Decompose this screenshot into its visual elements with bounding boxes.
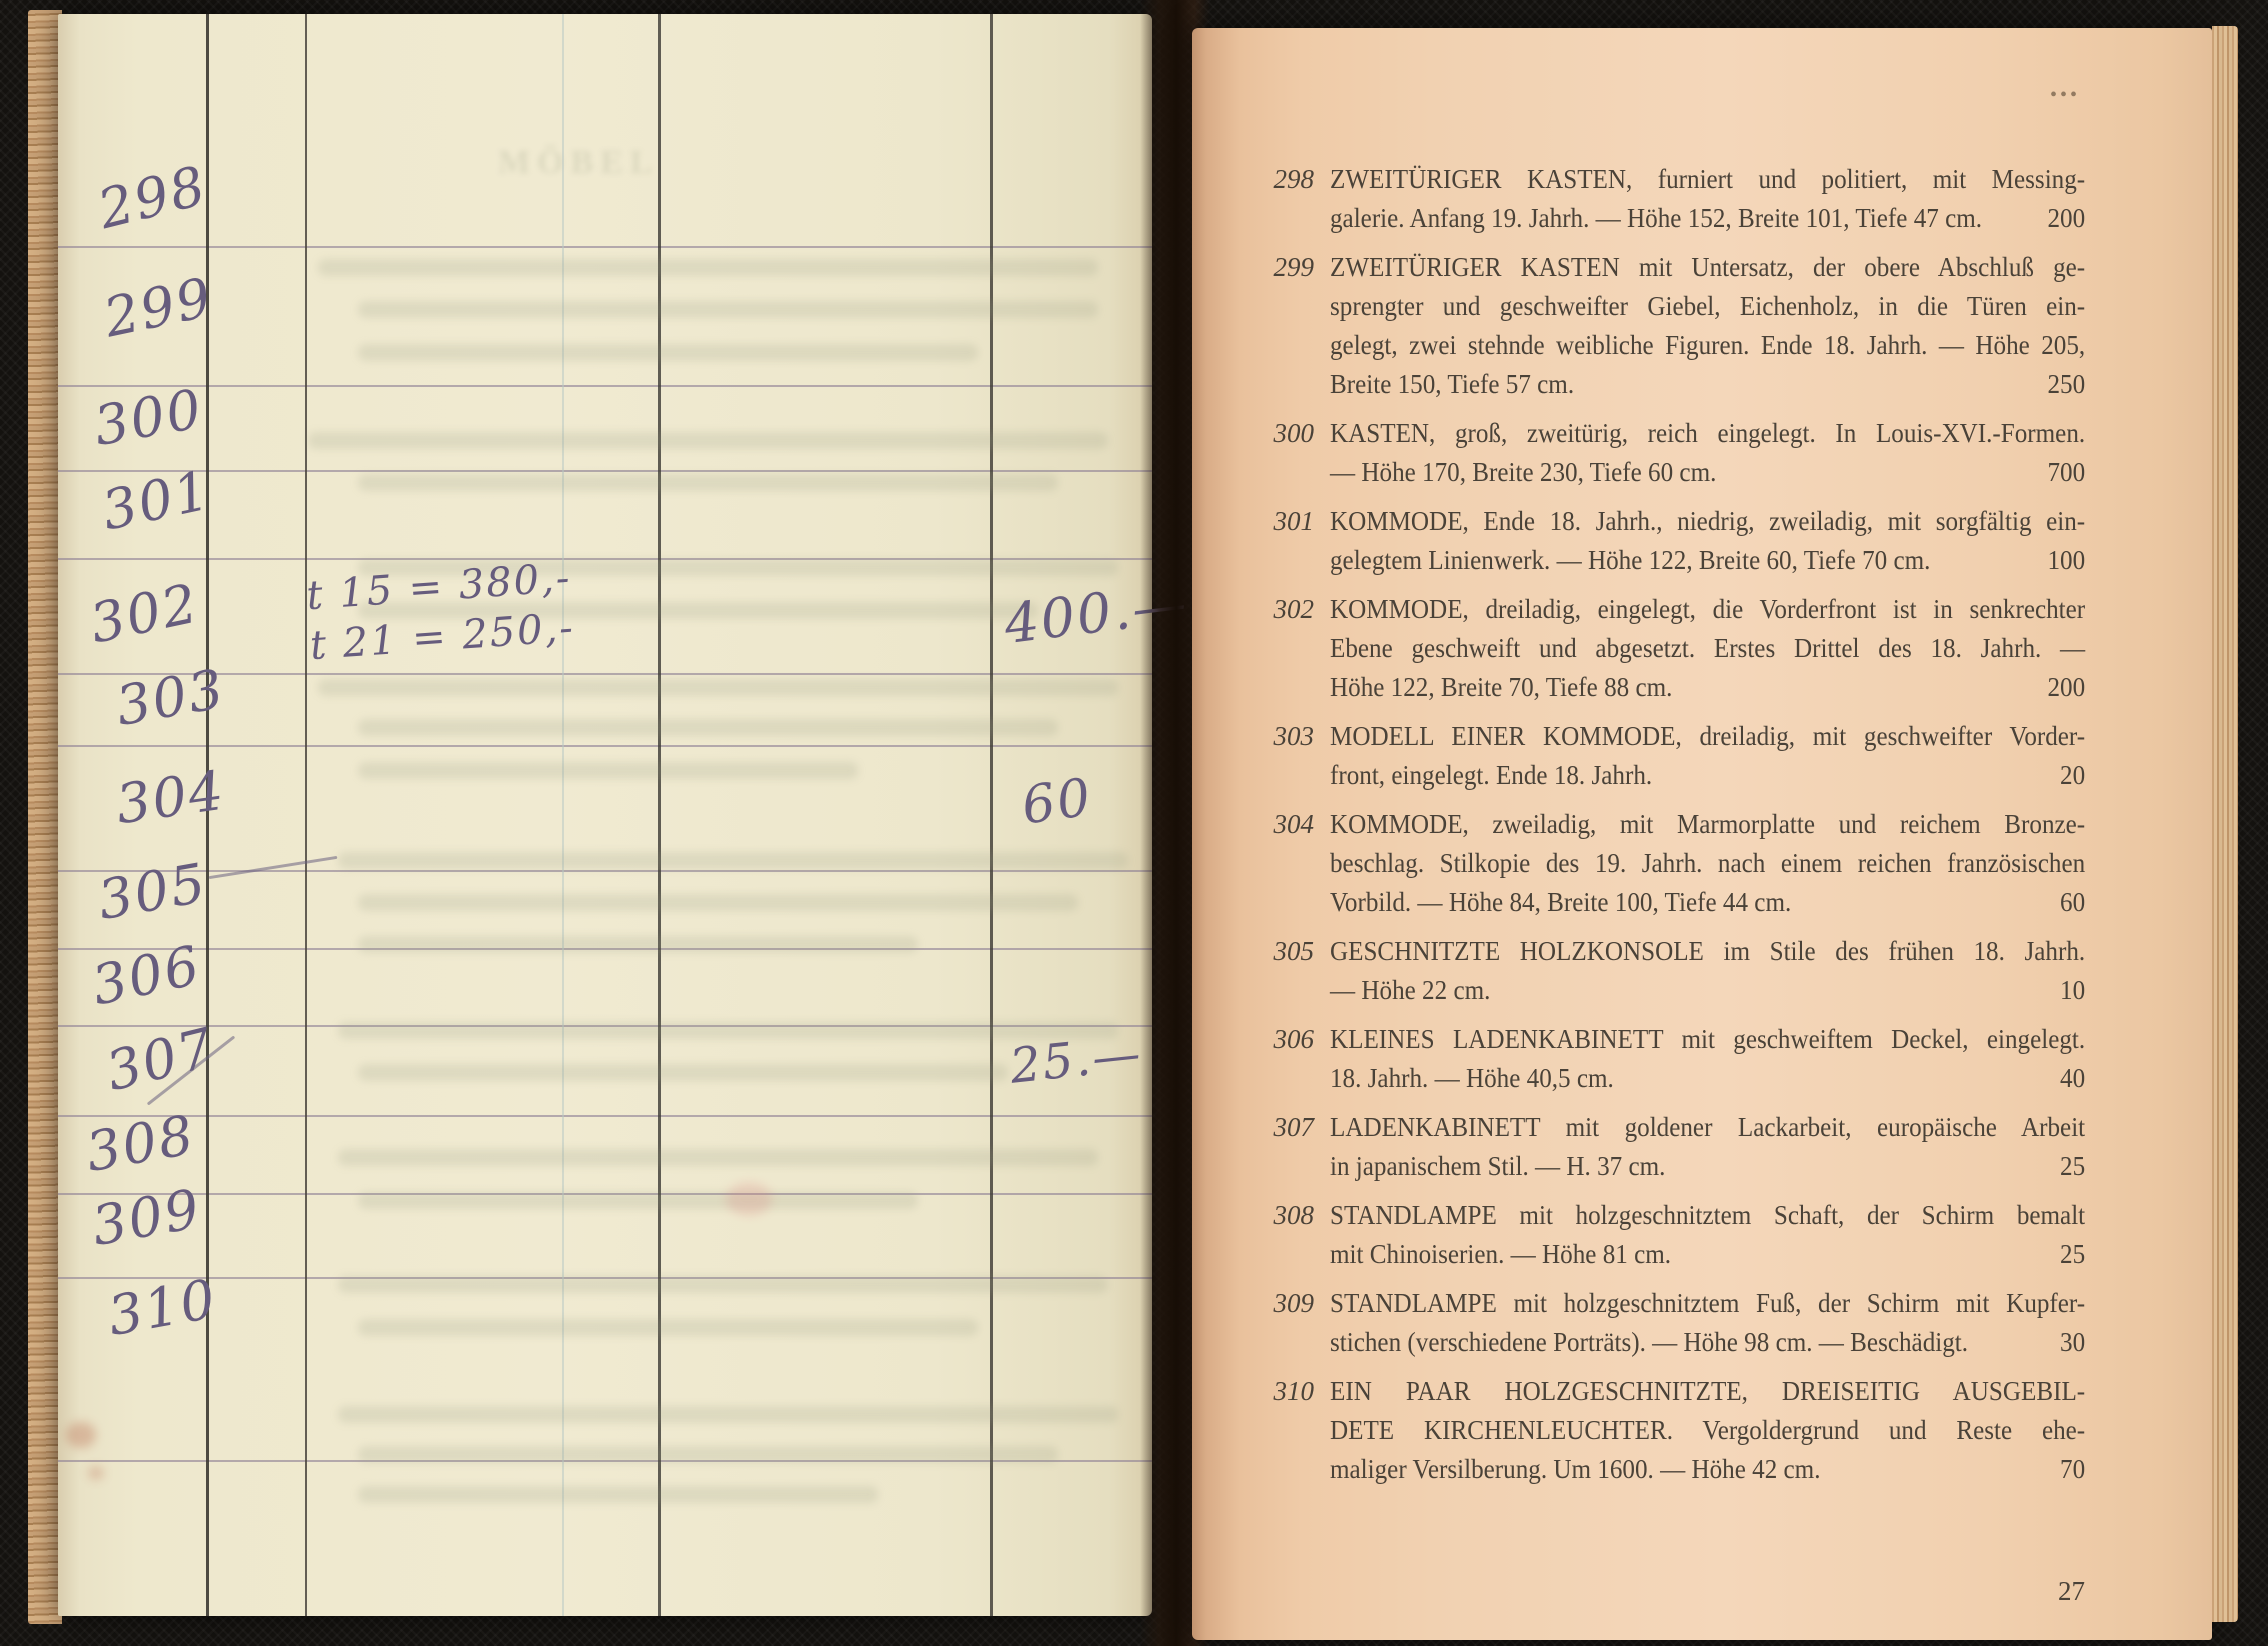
- entry-last-line: in japanischem Stil. — H. 37 cm.25: [1330, 1147, 2085, 1186]
- entry-line: Ebene geschweift und abgesetzt. Erstes D…: [1330, 629, 2085, 668]
- bleedthrough-line: [358, 474, 1058, 491]
- entry-lot-number: 310: [1268, 1372, 1314, 1411]
- bleedthrough-line: [358, 344, 978, 361]
- entry-last-line: maliger Versilberung. Um 1600. — Höhe 42…: [1330, 1450, 2085, 1489]
- bleedthrough-line: [358, 894, 1078, 911]
- catalog-entry: 301KOMMODE, Ende 18. Jahrh., niedrig, zw…: [1268, 502, 2142, 580]
- ledger-vline: [305, 14, 307, 1616]
- entry-price: 70: [2060, 1450, 2085, 1489]
- entry-line-text: mit Chinoiserien. — Höhe 81 cm.: [1330, 1235, 1671, 1274]
- entry-price: 250: [2047, 365, 2085, 404]
- ledger-hline: [58, 246, 1152, 248]
- page-number: 27: [1268, 1576, 2085, 1607]
- entry-lot-number: 307: [1268, 1108, 1314, 1147]
- ink-specks: •••: [2050, 84, 2080, 107]
- catalog-entry: 307LADENKABINETT mit goldener Lackarbeit…: [1268, 1108, 2142, 1186]
- catalog-entry: 306KLEINES LADENKABINETT mit geschweifte…: [1268, 1020, 2142, 1098]
- entry-last-line: — Höhe 22 cm.10: [1330, 971, 2085, 1010]
- bleedthrough-line: [358, 301, 1098, 318]
- entry-line: ZWEITÜRIGER KASTEN, furniert und politie…: [1330, 160, 2085, 199]
- bleedthrough-line: [338, 1149, 1098, 1166]
- lot-number-handwritten: 303: [111, 657, 229, 738]
- entry-last-line: Breite 150, Tiefe 57 cm.250: [1330, 365, 2085, 404]
- entry-last-line: 18. Jahrh. — Höhe 40,5 cm.40: [1330, 1059, 2085, 1098]
- entry-price: 700: [2047, 453, 2085, 492]
- entry-price: 200: [2047, 668, 2085, 707]
- pen-stroke: [209, 856, 338, 879]
- entry-line-text: Breite 150, Tiefe 57 cm.: [1330, 365, 1574, 404]
- entry-last-line: front, eingelegt. Ende 18. Jahrh.20: [1330, 756, 2085, 795]
- bleedthrough-line: [358, 936, 918, 953]
- lot-number-handwritten: 306: [87, 933, 207, 1017]
- bleedthrough-line: [338, 1022, 1118, 1039]
- entry-price: 30: [2060, 1323, 2085, 1362]
- entry-line-text: galerie. Anfang 19. Jahrh. — Höhe 152, B…: [1330, 199, 1982, 238]
- catalog-entry: 304KOMMODE, zweiladig, mit Marmorplatte …: [1268, 805, 2142, 922]
- entry-last-line: — Höhe 170, Breite 230, Tiefe 60 cm.700: [1330, 453, 2085, 492]
- catalog-entry: 310EIN PAAR HOLZGESCHNITZTE, DREISEITIG …: [1268, 1372, 2142, 1489]
- catalog-entry: 300KASTEN, groß, zweitürig, reich eingel…: [1268, 414, 2142, 492]
- ledger-vline: [990, 14, 993, 1616]
- lot-number-handwritten: 304: [112, 759, 229, 837]
- book-fore-edge-right: [2212, 26, 2238, 1622]
- note-lot-302: t 15 = 380,-t 21 = 250,-: [305, 553, 577, 671]
- entry-price: 25: [2060, 1147, 2085, 1186]
- entry-line-text: 18. Jahrh. — Höhe 40,5 cm.: [1330, 1059, 1614, 1098]
- bleedthrough-line: [358, 762, 858, 779]
- stain-spot: [66, 1422, 96, 1448]
- entry-lot-number: 302: [1268, 590, 1314, 629]
- entry-line: STANDLAMPE mit holzgeschnitztem Fuß, der…: [1330, 1284, 2085, 1323]
- entry-price: 20: [2060, 756, 2085, 795]
- entry-line: EIN PAAR HOLZGESCHNITZTE, DREISEITIG AUS…: [1330, 1372, 2085, 1411]
- catalog-entry: 302KOMMODE, dreiladig, eingelegt, die Vo…: [1268, 590, 2142, 707]
- right-page: ••• 298ZWEITÜRIGER KASTEN, furniert und …: [1192, 28, 2212, 1640]
- ledger-hline: [58, 470, 1152, 472]
- lot-number-handwritten: 298: [92, 154, 213, 242]
- bleedthrough-line: [358, 1446, 1058, 1463]
- lot-number-handwritten: 305: [93, 851, 211, 932]
- catalog-entry-list: 298ZWEITÜRIGER KASTEN, furniert und poli…: [1268, 160, 2142, 1499]
- entry-price: 200: [2047, 199, 2085, 238]
- entry-last-line: mit Chinoiserien. — Höhe 81 cm.25: [1330, 1235, 2085, 1274]
- entry-line: STANDLAMPE mit holzgeschnitztem Schaft, …: [1330, 1196, 2085, 1235]
- entry-last-line: stichen (verschiedene Porträts). — Höhe …: [1330, 1323, 2085, 1362]
- entry-line: KOMMODE, Ende 18. Jahrh., niedrig, zweil…: [1330, 502, 2085, 541]
- price-lot-304: 60: [1018, 767, 1096, 836]
- ledger-vline: [562, 14, 564, 1616]
- entry-lot-number: 305: [1268, 932, 1314, 971]
- entry-line: KASTEN, groß, zweitürig, reich eingelegt…: [1330, 414, 2085, 453]
- bleedthrough-line: [358, 1192, 918, 1209]
- entry-lot-number: 304: [1268, 805, 1314, 844]
- entry-line: gelegt, zwei stehnde weibliche Figuren. …: [1330, 326, 2085, 365]
- entry-line-text: — Höhe 170, Breite 230, Tiefe 60 cm.: [1330, 453, 1716, 492]
- ledger-vline: [658, 14, 661, 1616]
- ledger-hline: [58, 673, 1152, 675]
- entry-lot-number: 306: [1268, 1020, 1314, 1059]
- book-scan: MÖBEL 2982993003013023033043053063073083…: [0, 0, 2268, 1646]
- entry-lot-number: 309: [1268, 1284, 1314, 1323]
- entry-lot-number: 308: [1268, 1196, 1314, 1235]
- entry-line: LADENKABINETT mit goldener Lackarbeit, e…: [1330, 1108, 2085, 1147]
- catalog-entry: 303MODELL EINER KOMMODE, dreiladig, mit …: [1268, 717, 2142, 795]
- entry-line-text: maliger Versilberung. Um 1600. — Höhe 42…: [1330, 1450, 1821, 1489]
- entry-line: sprengter und geschweifter Giebel, Eiche…: [1330, 287, 2085, 326]
- lot-number-handwritten: 310: [103, 1267, 221, 1348]
- ledger-hline: [58, 870, 1152, 872]
- bleedthrough-line: [358, 1064, 1008, 1081]
- ledger-hline: [58, 745, 1152, 747]
- bleedthrough-line: [338, 1406, 1118, 1423]
- ledger-hline: [58, 1115, 1152, 1117]
- bleedthrough-line: [358, 1319, 978, 1336]
- bleedthrough-text: MÖBEL: [498, 144, 660, 182]
- entry-line-text: stichen (verschiedene Porträts). — Höhe …: [1330, 1323, 1968, 1362]
- entry-lot-number: 299: [1268, 248, 1314, 287]
- bleedthrough-line: [338, 852, 1128, 869]
- lot-number-handwritten: 299: [99, 265, 219, 349]
- entry-line: DETE KIRCHENLEUCHTER. Vergoldergrund und…: [1330, 1411, 2085, 1450]
- entry-line-text: gelegtem Linienwerk. — Höhe 122, Breite …: [1330, 541, 1930, 580]
- catalog-entry: 298ZWEITÜRIGER KASTEN, furniert und poli…: [1268, 160, 2142, 238]
- entry-line-text: Vorbild. — Höhe 84, Breite 100, Tiefe 44…: [1330, 883, 1791, 922]
- entry-last-line: Höhe 122, Breite 70, Tiefe 88 cm.200: [1330, 668, 2085, 707]
- stain-spot: [88, 1466, 104, 1480]
- book-fore-edge-left: [28, 10, 62, 1624]
- entry-last-line: Vorbild. — Höhe 84, Breite 100, Tiefe 44…: [1330, 883, 2085, 922]
- entry-price: 10: [2060, 971, 2085, 1010]
- entry-price: 60: [2060, 883, 2085, 922]
- catalog-entry: 309STANDLAMPE mit holzgeschnitztem Fuß, …: [1268, 1284, 2142, 1362]
- entry-lot-number: 298: [1268, 160, 1314, 199]
- bleedthrough-line: [358, 1486, 878, 1503]
- entry-line-text: front, eingelegt. Ende 18. Jahrh.: [1330, 756, 1652, 795]
- entry-price: 100: [2047, 541, 2085, 580]
- bleedthrough-line: [308, 432, 1108, 449]
- entry-line: KOMMODE, dreiladig, eingelegt, die Vorde…: [1330, 590, 2085, 629]
- entry-last-line: galerie. Anfang 19. Jahrh. — Höhe 152, B…: [1330, 199, 2085, 238]
- entry-lot-number: 303: [1268, 717, 1314, 756]
- entry-line-text: Höhe 122, Breite 70, Tiefe 88 cm.: [1330, 668, 1672, 707]
- catalog-entry: 308STANDLAMPE mit holzgeschnitztem Schaf…: [1268, 1196, 2142, 1274]
- entry-last-line: gelegtem Linienwerk. — Höhe 122, Breite …: [1330, 541, 2085, 580]
- bleedthrough-line: [318, 679, 1118, 696]
- entry-price: 25: [2060, 1235, 2085, 1274]
- lot-number-handwritten: 302: [85, 571, 205, 655]
- stain-spot: [726, 1182, 772, 1216]
- entry-line: GESCHNITZTE HOLZKONSOLE im Stile des frü…: [1330, 932, 2085, 971]
- lot-number-handwritten: 300: [89, 377, 207, 458]
- lot-number-handwritten: 309: [87, 1177, 205, 1258]
- entry-line: MODELL EINER KOMMODE, dreiladig, mit ges…: [1330, 717, 2085, 756]
- catalog-entry: 299ZWEITÜRIGER KASTEN mit Untersatz, der…: [1268, 248, 2142, 404]
- bleedthrough-line: [318, 259, 1098, 276]
- bleedthrough-line: [338, 1276, 1108, 1293]
- ledger-hline: [58, 385, 1152, 387]
- entry-lot-number: 300: [1268, 414, 1314, 453]
- entry-line: KOMMODE, zweiladig, mit Marmorplatte und…: [1330, 805, 2085, 844]
- catalog-entry: 305GESCHNITZTE HOLZKONSOLE im Stile des …: [1268, 932, 2142, 1010]
- entry-line-text: in japanischem Stil. — H. 37 cm.: [1330, 1147, 1665, 1186]
- entry-lot-number: 301: [1268, 502, 1314, 541]
- entry-line: ZWEITÜRIGER KASTEN mit Untersatz, der ob…: [1330, 248, 2085, 287]
- entry-line: KLEINES LADENKABINETT mit geschweiftem D…: [1330, 1020, 2085, 1059]
- bleedthrough-line: [358, 719, 1058, 736]
- entry-line-text: — Höhe 22 cm.: [1330, 971, 1490, 1010]
- entry-price: 40: [2060, 1059, 2085, 1098]
- entry-line: beschlag. Stilkopie des 19. Jahrh. nach …: [1330, 844, 2085, 883]
- left-page: MÖBEL 2982993003013023033043053063073083…: [58, 14, 1152, 1616]
